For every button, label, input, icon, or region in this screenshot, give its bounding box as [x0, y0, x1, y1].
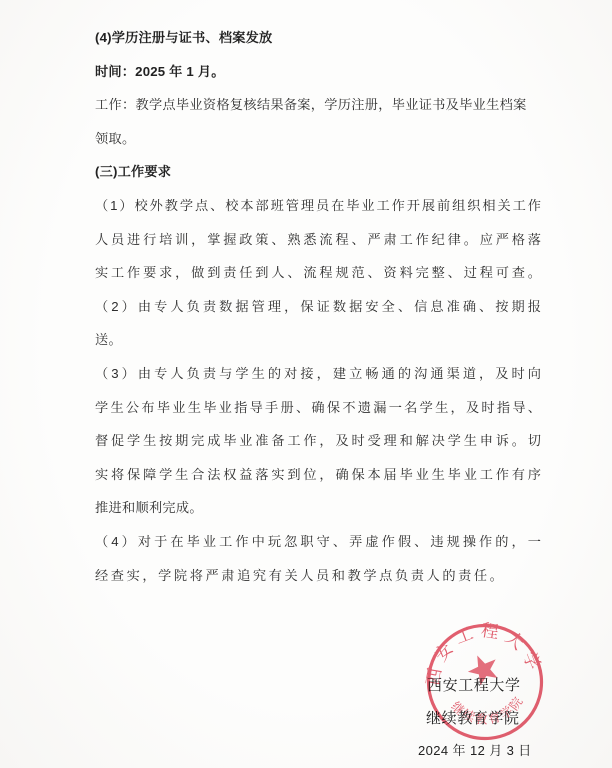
official-seal: 西安工程大学 继续教育学院	[412, 609, 557, 754]
time-line: 时间：2025 年 1 月。	[95, 55, 541, 89]
seal-star-icon	[463, 649, 503, 688]
section-heading: (4)学历注册与证书、档案发放	[95, 21, 541, 55]
text-line: （1）校外教学点、校本部班管理员在毕业工作开展前组织相关工作	[95, 189, 541, 223]
text-line: 领取。	[95, 122, 541, 156]
text-line: 实工作要求，做到责任到人、流程规范、资料完整、过程可查。	[95, 256, 541, 290]
text-line: （3）由专人负责与学生的对接，建立畅通的沟通渠道，及时向	[95, 357, 541, 391]
text-line: 人员进行培训，掌握政策、熟悉流程、严肃工作纪律。应严格落	[95, 223, 541, 257]
text-line: 经查实，学院将严肃追究有关人员和教学点负责人的责任。	[95, 559, 541, 593]
text-line: （4）对于在毕业工作中玩忽职守、弄虚作假、违规操作的，一	[95, 525, 541, 559]
section-heading: (三)工作要求	[95, 155, 541, 189]
document-body: (4)学历注册与证书、档案发放 时间：2025 年 1 月。 工作：教学点毕业资…	[95, 21, 541, 592]
text-line: 学生公布毕业生毕业指导手册、确保不遗漏一名学生，及时指导、	[95, 391, 541, 425]
text-line: 督促学生按期完成毕业准备工作，及时受理和解决学生申诉。切	[95, 424, 541, 458]
seal-bottom-text: 继续教育学院	[447, 692, 528, 731]
work-line: 工作：教学点毕业资格复核结果备案，学历注册，毕业证书及毕业生档案	[95, 88, 541, 122]
document-page: (4)学历注册与证书、档案发放 时间：2025 年 1 月。 工作：教学点毕业资…	[0, 0, 612, 768]
text-line: 送。	[95, 323, 541, 357]
text-line: 实将保障学生合法权益落实到位，确保本届毕业生毕业工作有序	[95, 458, 541, 492]
text-line: （2）由专人负责数据管理，保证数据安全、信息准确、按期报	[95, 290, 541, 324]
text-line: 推进和顺利完成。	[95, 491, 541, 525]
